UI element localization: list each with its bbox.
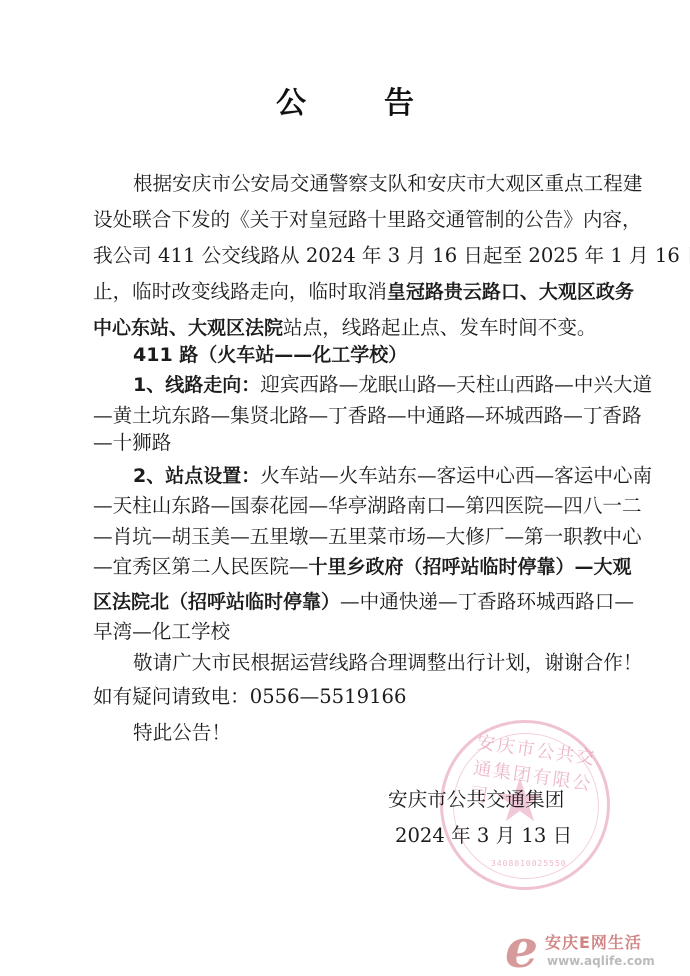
route-direction-line3: —十狮路: [93, 431, 613, 455]
stops-line4-bold: 十里乡政府（招呼站临时停靠）—大观: [309, 556, 632, 578]
para1-line4-normal: 止，临时改变线路走向，临时取消: [93, 280, 387, 303]
signature-org: 安庆市公共交通集团: [388, 788, 564, 812]
stops-line5-bold: 区法院北（招呼站临时停靠）: [93, 591, 340, 613]
watermark-url: www.aqlife.com: [547, 954, 655, 968]
watermark-name: 安庆E网生活: [545, 930, 642, 953]
stops-line5-normal: —中通快递—丁香路环城西路口—: [340, 590, 634, 613]
stops-line1: 2、站点设置：火车站—火车站东—客运中心西—客运中心南: [133, 464, 613, 488]
stops-line5: 区法院北（招呼站临时停靠）—中通快递—丁香路环城西路口—: [93, 590, 613, 614]
para1-line4-bold: 皇冠路贵云路口、大观区政务: [387, 281, 634, 303]
document-title: 公告: [0, 78, 690, 122]
stops-line2: —天柱山东路—国泰花园—华亭湖路南口—第四医院—四八一二: [93, 494, 613, 518]
para1-line2: 设处联合下发的《关于对皇冠路十里路交通管制的公告》内容，: [93, 208, 613, 232]
signature-date: 2024 年 3 月 13 日: [395, 824, 572, 848]
para1-line5-normal: 站点，线路起止点、发车时间不变。: [283, 316, 597, 339]
closing-request: 敬请广大市民根据运营线路合理调整出行计划，谢谢合作！: [133, 651, 613, 675]
seal-code: 3408010025550: [491, 859, 567, 868]
para1-line5-bold: 中心东站、大观区法院: [93, 317, 283, 339]
route-direction-text1: 迎宾西路—龙眠山路—天柱山西路—中兴大道: [260, 373, 652, 396]
stops-line6: 早湾—化工学校: [93, 620, 613, 644]
closing-contact: 如有疑问请致电：0556—5519166: [93, 685, 613, 709]
stops-label: 2、站点设置：: [133, 465, 260, 487]
watermark-e-logo-icon: e: [505, 924, 538, 976]
site-watermark: e 安庆E网生活 www.aqlife.com: [505, 918, 690, 976]
route-heading: 411 路（火车站——化工学校）: [133, 343, 613, 367]
route-direction-label: 1、线路走向：: [133, 374, 260, 396]
stops-line4-normal: —宜秀区第二人民医院—: [93, 555, 309, 578]
para1-line4: 止，临时改变线路走向，临时取消皇冠路贵云路口、大观区政务: [93, 280, 613, 304]
stops-line3: —肖坑—胡玉美—五里墩—五里菜市场—大修厂—第一职教中心: [93, 525, 613, 549]
para1-line1: 根据安庆市公安局交通警察支队和安庆市大观区重点工程建: [133, 172, 613, 196]
para1-line5: 中心东站、大观区法院站点，线路起止点、发车时间不变。: [93, 316, 613, 340]
stops-text1: 火车站—火车站东—客运中心西—客运中心南: [260, 464, 652, 487]
para1-line3: 我公司 411 公交线路从 2024 年 3 月 16 日起至 2025 年 1…: [93, 244, 613, 268]
stops-line4: —宜秀区第二人民医院—十里乡政府（招呼站临时停靠）—大观: [93, 555, 613, 579]
route-direction-line2: —黄土坑东路—集贤北路—丁香路—中通路—环城西路—丁香路: [93, 404, 613, 428]
route-direction-line1: 1、线路走向：迎宾西路—龙眠山路—天柱山西路—中兴大道: [133, 373, 613, 397]
